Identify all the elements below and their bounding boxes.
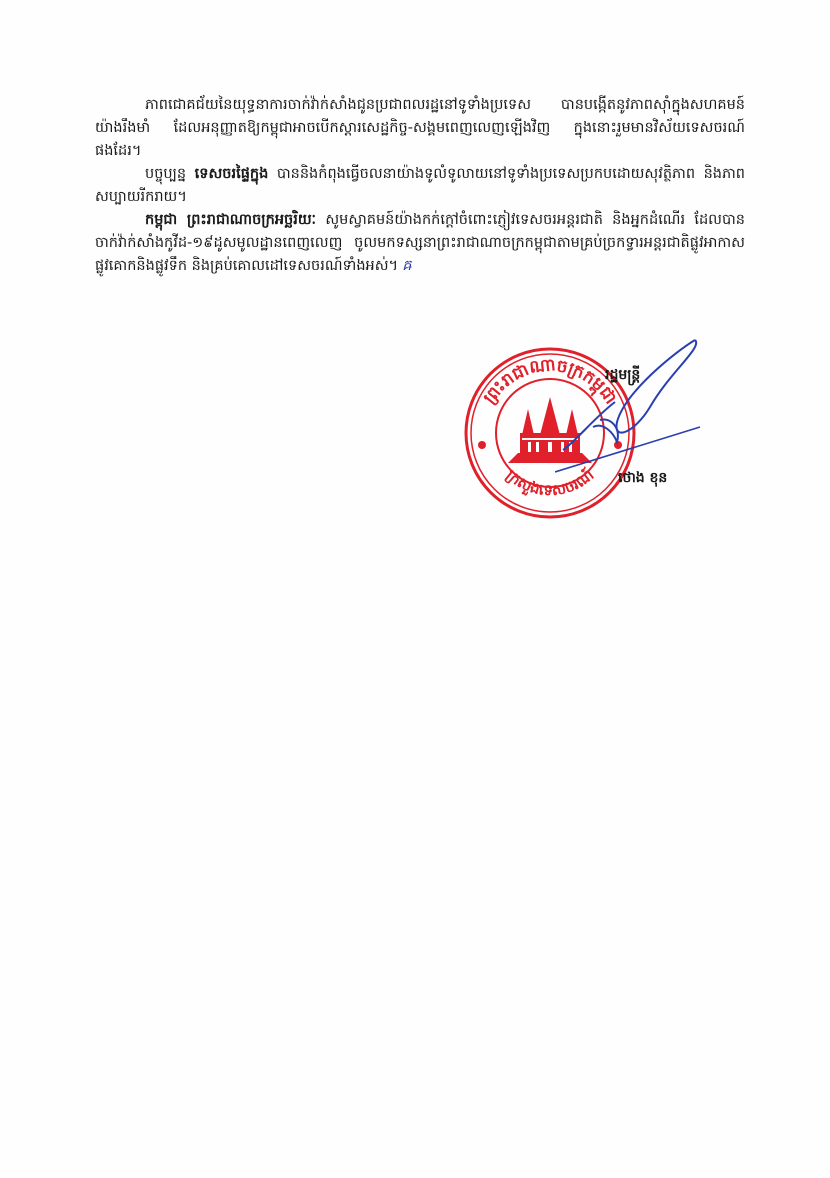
paragraph-text: ភាពជោគជ័យនៃយុទ្ធនាការចាក់វ៉ាក់សាំងជូនប្រ… <box>95 97 745 159</box>
paragraph-welcome-international: កម្ពុជា ព្រះរាជាណាចក្រអច្ឆរិយៈ សូមស្វាគម… <box>95 209 745 278</box>
signature <box>555 332 755 482</box>
paragraph-vaccination-success: ភាពជោគជ័យនៃយុទ្ធនាការចាក់វ៉ាក់សាំងជូនប្រ… <box>95 94 745 163</box>
paragraph-domestic-tourism: បច្ចុប្បន្ន ទេសចរផ្ទៃក្នុង បាននិងកំពុងធ្… <box>95 163 745 209</box>
kingdom-of-wonder-emphasis: កម្ពុជា ព្រះរាជាណាចក្រអច្ឆរិយៈ <box>145 212 316 228</box>
paragraph-text: បច្ចុប្បន្ន <box>145 166 195 182</box>
document-body: ភាពជោគជ័យនៃយុទ្ធនាការចាក់វ៉ាក់សាំងជូនប្រ… <box>95 94 745 278</box>
domestic-tourists-emphasis: ទេសចរផ្ទៃក្នុង <box>195 166 269 182</box>
signatory-name: ថោង ខុន <box>618 468 667 489</box>
document-page: ភាពជោគជ័យនៃយុទ្ធនាការចាក់វ៉ាក់សាំងជូនប្រ… <box>0 0 830 1178</box>
handwritten-initials: ឝ <box>402 258 411 274</box>
